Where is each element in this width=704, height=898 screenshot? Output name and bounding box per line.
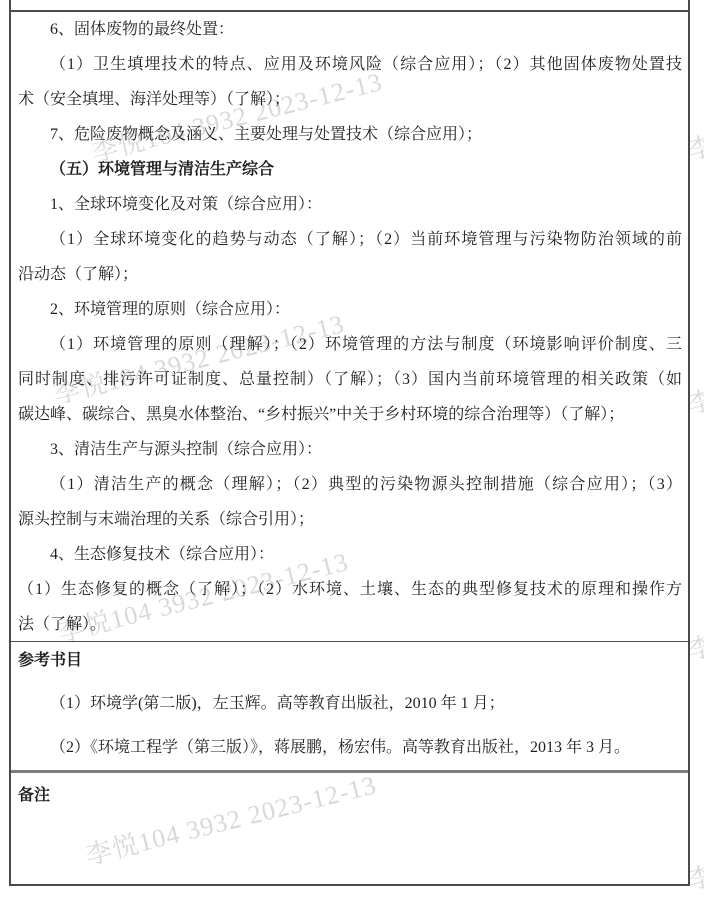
- content-line: 沿动态（了解）；: [18, 257, 682, 292]
- section-heading: （五）环境管理与清洁生产综合: [18, 152, 682, 187]
- content-line: 6、固体废物的最终处置：: [18, 12, 682, 47]
- content-line: （1）生态修复的概念（了解）；（2）水环境、土壤、生态的典型修复技术的原理和操作…: [18, 572, 682, 607]
- reference-items: （1）环境学(第二版)，左玉辉。高等教育出版社，2010 年 1 月；（2）《环…: [18, 682, 682, 770]
- content-line: 源头控制与末端治理的关系（综合引用）；: [18, 502, 682, 537]
- content-line: 4、生态修复技术（综合应用）：: [18, 537, 682, 572]
- content-line: 术（安全填埋、海洋处理等）（了解）；: [18, 82, 682, 117]
- content-line: 3、清洁生产与源头控制（综合应用）：: [18, 432, 682, 467]
- syllabus-table: 6、固体废物的最终处置：（1）卫生填埋技术的特点、应用及环境风险（综合应用）；（…: [9, 10, 690, 886]
- content-line: （1）全球环境变化的趋势与动态（了解）；（2）当前环境管理与污染物防治领域的前: [18, 222, 682, 257]
- content-lines: 6、固体废物的最终处置：（1）卫生填埋技术的特点、应用及环境风险（综合应用）；（…: [18, 12, 682, 642]
- content-line: 法（了解）。: [18, 607, 682, 642]
- content-line: 2、环境管理的原则（综合应用）：: [18, 292, 682, 327]
- content-line: 1、全球环境变化及对策（综合应用）：: [18, 187, 682, 222]
- syllabus-content-cell: 6、固体废物的最终处置：（1）卫生填埋技术的特点、应用及环境风险（综合应用）；（…: [11, 12, 688, 642]
- references-cell: 参考书目 （1）环境学(第二版)，左玉辉。高等教育出版社，2010 年 1 月；…: [11, 642, 688, 773]
- remarks-label: 备注: [18, 783, 682, 809]
- reference-item: （1）环境学(第二版)，左玉辉。高等教育出版社，2010 年 1 月；: [18, 682, 682, 726]
- content-line: 碳达峰、碳综合、黑臭水体整治、“乡村振兴”中关于乡村环境的综合治理等）（了解）；: [18, 397, 682, 432]
- remarks-cell: 备注: [11, 773, 688, 883]
- reference-item: （2）《环境工程学（第三版）》，蒋展鹏，杨宏伟。高等教育出版社，2013 年 3…: [18, 726, 682, 770]
- references-label: 参考书目: [18, 648, 682, 674]
- content-line: （1）环境管理的原则（理解）；（2）环境管理的方法与制度（环境影响评价制度、三: [18, 327, 682, 362]
- content-line: （1）清洁生产的概念（理解）；（2）典型的污染物源头控制措施（综合应用）；（3）: [18, 467, 682, 502]
- content-line: 同时制度、排污许可证制度、总量控制）（了解）；（3）国内当前环境管理的相关政策（…: [18, 362, 682, 397]
- document-page: 李悦104 3932 2023-12-13李悦104 3932 2023-12-…: [0, 0, 704, 898]
- content-line: （1）卫生填埋技术的特点、应用及环境风险（综合应用）；（2）其他固体废物处置技: [18, 47, 682, 82]
- content-line: 7、危险废物概念及涵义、主要处理与处置技术（综合应用）；: [18, 117, 682, 152]
